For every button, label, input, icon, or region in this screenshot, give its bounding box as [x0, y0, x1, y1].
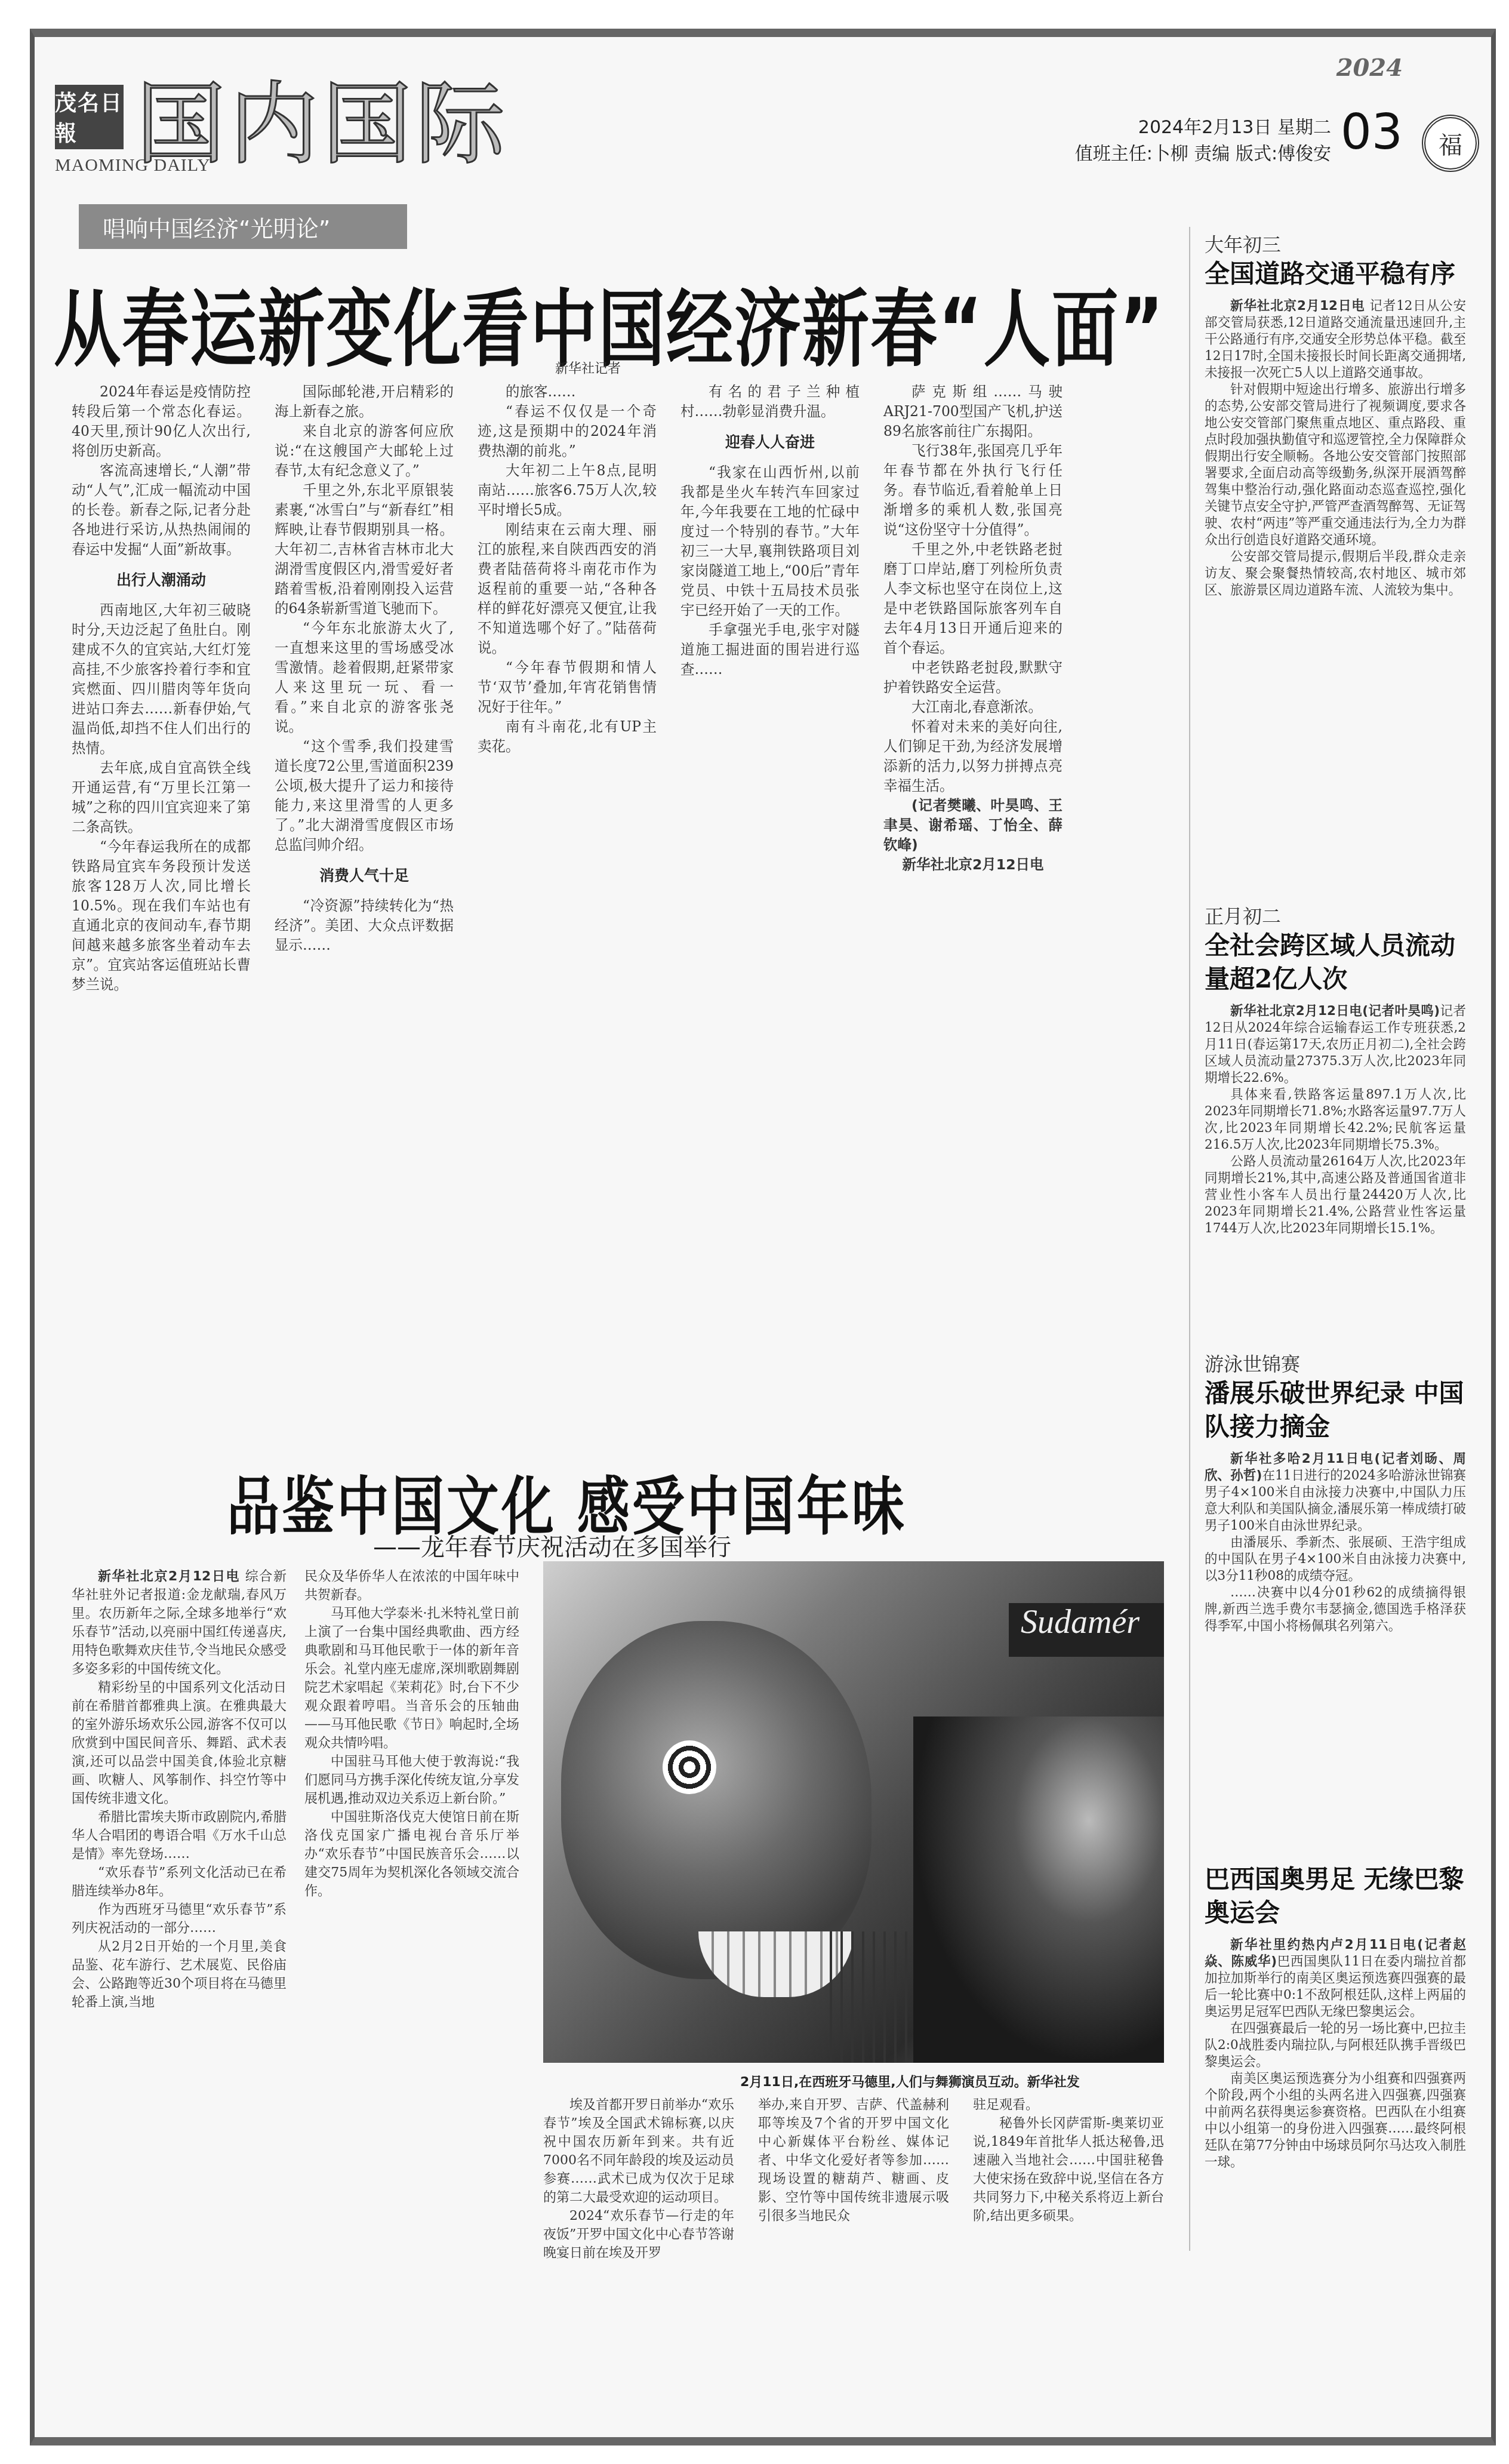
paper-logo[interactable]: 茂名日報 [55, 85, 124, 149]
second-column-4: 举办,来自开罗、吉萨、代盖赫利耶等埃及7个省的开罗中国文化中心新媒体平台粉丝、媒… [758, 2096, 949, 2225]
paragraph: 精彩纷呈的中国系列文化活动日前在希腊首都雅典上演。在雅典最大的室外游乐场欢乐公园… [72, 1678, 287, 1808]
second-column-2: 民众及华侨华人在浓浓的中国年味中共贺新春。 马耳他大学泰米·扎米特礼堂日前上演了… [304, 1567, 519, 1900]
paragraph: 西南地区,大年初三破晓时分,天边泛起了鱼肚白。刚建成不久的宜宾站,大红灯笼高挂,… [72, 601, 251, 758]
second-column-3: 埃及首都开罗日前举办“欢乐春节”埃及全国武术锦标赛,以庆祝中国农历新年到来。共有… [543, 2096, 734, 2262]
paragraph: 国际邮轮港,开启精彩的海上新春之旅。 [275, 382, 454, 422]
paragraph: “这个雪季,我们投建雪道长度72公里,雪道面积239公顷,极大提升了运力和接待能… [275, 737, 454, 855]
editor-credits: 值班主任:卜柳 责编 版式:傅俊安 [1075, 141, 1331, 167]
subhead: 出行人潮涌动 [72, 570, 251, 590]
photo-caption: 2月11日,在西班牙马德里,人们与舞狮演员互动。新华社发 [740, 2072, 1080, 2090]
paragraph: 具体来看,铁路客运量897.1万人次,比2023年同期增长71.8%;水路客运量… [1205, 1087, 1466, 1153]
page-number: 03 [1341, 104, 1403, 161]
paragraph: 民众及华侨华人在浓浓的中国年味中共贺新春。 [304, 1567, 519, 1604]
subhead: 迎春人人奋进 [680, 432, 860, 452]
paragraph: 针对假期中短途出行增多、旅游出行增多的态势,公安部交管局进行了视频调度,要求各地… [1205, 382, 1466, 549]
sidebar-article-traffic: 大年初三 全国道路交通平稳有序 新华社北京2月12日电 记者12日从公安部交管局… [1205, 230, 1466, 599]
lead-column-4: 有名的君子兰种植村……勃彰显消费升温。 迎春人人奋进 “我家在山西忻州,以前我都… [680, 382, 860, 679]
paragraph: 去年底,成自宜高铁全线开通运营,有“万里长江第一城”之称的四川宜宾迎来了第二条高… [72, 758, 251, 837]
article-headline[interactable]: 全社会跨区域人员流动量超2亿人次 [1205, 929, 1466, 996]
paragraph: “今年东北旅游太火了,一直想来这里的雪场感受冰雪激情。趁着假期,赶紧带家人来这里… [275, 619, 454, 737]
issue-date: 2024年2月13日 星期二 [1075, 115, 1331, 141]
paragraph: 中国驻马耳他大使于敦海说:“我们愿同马方携手深化传统友谊,分享发展机遇,推动双边… [304, 1752, 519, 1808]
paragraph: 驻足观看。 [973, 2096, 1164, 2114]
masthead: 茂名日報 MAOMING DAILY 国内国际 2024 2024年2月13日 … [30, 37, 1486, 180]
lead-column-3: 的旅客…… “春运不仅仅是一个奇迹,这是预期中的2024年消费热潮的前兆。” 大… [478, 382, 657, 756]
paragraph: 2024“欢乐春节—行走的年夜饭”开罗中国文化中心春节答谢晚宴日前在埃及开罗 [543, 2207, 734, 2262]
paragraph: 来自北京的游客何应欣说:“在这艘国产大邮轮上过春节,太有纪念意义了。” [275, 422, 454, 481]
lion-dance-photo[interactable]: Sudamér [543, 1561, 1164, 2063]
paragraph: 大年初二上午8点,昆明南站……旅客6.75万人次,较平时增长5成。 [478, 461, 657, 520]
paragraph: 千里之外,中老铁路老挝磨丁口岸站,磨丁列检所负责人李文标也坚守在岗位上,这是中老… [883, 540, 1063, 658]
sidebar-article-flow: 正月初二 全社会跨区域人员流动量超2亿人次 新华社北京2月12日电(记者叶昊鸣)… [1205, 902, 1466, 1237]
paragraph: “春运不仅仅是一个奇迹,这是预期中的2024年消费热潮的前兆。” [478, 402, 657, 461]
sidebar-article-swimming: 游泳世锦赛 潘展乐破世界纪录 中国队接力摘金 新华社多哈2月11日电(记者刘旸、… [1205, 1349, 1466, 1635]
paragraph: 在四强赛最后一轮的另一场比赛中,巴拉圭队2:0战胜委内瑞拉队,与阿根廷队携手晋级… [1205, 2020, 1466, 2071]
paragraph: 希腊比雷埃夫斯市政剧院内,希腊华人合唱团的粤语合唱《万水千山总是情》率先登场…… [72, 1808, 287, 1863]
paragraph: 举办,来自开罗、吉萨、代盖赫利耶等埃及7个省的开罗中国文化中心新媒体平台粉丝、媒… [758, 2096, 949, 2225]
paragraph: 怀着对未来的美好向往,人们铆足干劲,为经济发展增添新的活力,以努力拼搏点亮幸福生… [883, 717, 1063, 796]
dateline: 新华社北京2月12日电 [1230, 299, 1365, 313]
paragraph: “我家在山西忻州,以前我都是坐火车转汽车回家过年,今年我要在工地的忙碌中度过一个… [680, 463, 860, 620]
dateline: 新华社北京2月12日电 [883, 855, 1063, 875]
crowd-shape [913, 1717, 1164, 2063]
paragraph: 马耳他大学泰米·扎米特礼堂日前上演了一台集中国经典歌曲、西方经典歌剧和马耳他民歌… [304, 1604, 519, 1752]
lead-column-1: 2024年春运是疫情防控转段后第一个常态化春运。40天里,预计90亿人次出行,将… [72, 382, 251, 995]
article-headline[interactable]: 潘展乐破世界纪录 中国队接力摘金 [1205, 1377, 1466, 1444]
paragraph: ……决赛中以4分01秒62的成绩摘得银牌,新西兰选手费尔韦瑟摘金,德国选手格泽获… [1205, 1585, 1466, 1635]
paragraph: 客流高速增长,“人潮”带动“人气”,汇成一幅流动中国的长卷。新春之际,记者分赴各… [72, 461, 251, 559]
paragraph: 飞行38年,张国亮几乎年年春节都在外执行飞行任务。春节临近,看着舱单上日渐增多的… [883, 441, 1063, 540]
paragraph: 埃及首都开罗日前举办“欢乐春节”埃及全国武术锦标赛,以庆祝中国农历新年到来。共有… [543, 2096, 734, 2207]
column-divider [1189, 227, 1190, 2251]
article-kicker: 正月初二 [1205, 902, 1466, 929]
subhead: 消费人气十足 [275, 866, 454, 885]
paragraph: 千里之外,东北平原银装素裹,“冰雪白”与“新春红”相辉映,让春节假期别具一格。大… [275, 481, 454, 619]
lion-head-shape [561, 1621, 871, 1979]
lead-byline: 新华社记者 [555, 358, 621, 377]
paragraph: 由潘展乐、季新杰、张展硕、王浩宇组成的中国队在男子4×100米自由泳接力决赛中,… [1205, 1534, 1466, 1585]
paragraph: 综合新华社驻外记者报道:金龙献瑞,春风万里。农历新年之际,全球多地举行“欢乐春节… [72, 1569, 287, 1676]
paragraph: 作为西班牙马德里“欢乐春节”系列庆祝活动的一部分…… [72, 1900, 287, 1937]
paragraph: 公路人员流动量26164万人次,比2023年同期增长21%,其中,高速公路及普通… [1205, 1153, 1466, 1237]
paragraph: “今年春节假期和情人节‘双节’叠加,年宵花销售情况好于往年。” [478, 658, 657, 717]
paragraph: “今年春运我所在的成都铁路局宜宾车务段预计发送旅客128万人次,同比增长10.5… [72, 837, 251, 995]
paragraph: “冷资源”持续转化为“热经济”。美团、大众点评数据显示…… [275, 896, 454, 955]
paragraph: 萨克斯组……马驶ARJ21-700型国产飞机,护送89名旅客前往广东揭阳。 [883, 382, 1063, 441]
lead-column-5: 萨克斯组……马驶ARJ21-700型国产飞机,护送89名旅客前往广东揭阳。 飞行… [883, 382, 1063, 875]
section-title: 国内国际 [136, 74, 509, 176]
paragraph: 2024年春运是疫情防控转段后第一个常态化春运。40天里,预计90亿人次出行,将… [72, 382, 251, 461]
dateline: 新华社北京2月12日电 [98, 1569, 240, 1584]
paragraph: 秘鲁外长冈萨雷斯-奥莱切亚说,1849年首批华人抵达秘鲁,迅速融入当地社会……中… [973, 2114, 1164, 2225]
second-subtitle: ——龙年春节庆祝活动在多国举行 [373, 1528, 731, 1562]
lead-column-2: 国际邮轮港,开启精彩的海上新春之旅。 来自北京的游客何应欣说:“在这艘国产大邮轮… [275, 382, 454, 955]
paragraph: 的旅客…… [478, 382, 657, 402]
paragraph: 中老铁路老挝段,默默守护着铁路安全运营。 [883, 658, 1063, 697]
dragon-year-badge: 2024 [1336, 54, 1403, 82]
shop-sign: Sudamér [1009, 1603, 1164, 1657]
paragraph: 从2月2日开始的一个月里,美食品鉴、花车游行、艺术展览、民俗庙会、公路跑等近30… [72, 1937, 287, 2011]
article-headline[interactable]: 巴西国奥男足 无缘巴黎奥运会 [1205, 1863, 1466, 1930]
paragraph: 刚结束在云南大理、丽江的旅程,来自陕西西安的消费者陆蓓荷将斗南花市作为返程前的重… [478, 520, 657, 658]
fu-knot-icon: 福 [1422, 115, 1479, 172]
column-kicker: 唱响中国经济“光明论” [79, 204, 407, 249]
paragraph: 南美区奥运预选赛分为小组赛和四强赛两个阶段,两个小组的头两名进入四强赛,四强赛中… [1205, 2071, 1466, 2171]
paragraph: 中国驻斯洛伐克大使馆日前在斯洛伐克国家广播电视台音乐厅举办“欢乐春节”中国民族音… [304, 1808, 519, 1900]
paragraph: 有名的君子兰种植村……勃彰显消费升温。 [680, 382, 860, 422]
sidebar-article-football: 巴西国奥男足 无缘巴黎奥运会 新华社里约热内卢2月11日电(记者赵焱、陈威华)巴… [1205, 1863, 1466, 2171]
article-kicker: 游泳世锦赛 [1205, 1349, 1466, 1377]
issue-info: 2024年2月13日 星期二 值班主任:卜柳 责编 版式:傅俊安 [1075, 115, 1331, 167]
lion-eye-shape [663, 1740, 716, 1794]
paragraph: 公安部交管局提示,假期后半段,群众走亲访友、聚会聚餐热情较高,农村地区、城市郊区… [1205, 549, 1466, 599]
reporter-credit: (记者樊曦、叶昊鸣、王聿昊、谢希瑶、丁怡全、薛钦峰) [883, 796, 1063, 855]
article-headline[interactable]: 全国道路交通平稳有序 [1205, 257, 1466, 291]
second-column-1: 新华社北京2月12日电 综合新华社驻外记者报道:金龙献瑞,春风万里。农历新年之际… [72, 1567, 287, 2011]
paragraph: 手拿强光手电,张宇对隧道施工掘进面的围岩进行巡查…… [680, 620, 860, 679]
paragraph: “欢乐春节”系列文化活动已在希腊连续举办8年。 [72, 1863, 287, 1900]
paragraph: 大江南北,春意渐浓。 [883, 697, 1063, 717]
article-kicker: 大年初三 [1205, 230, 1466, 257]
second-column-5: 驻足观看。 秘鲁外长冈萨雷斯-奥莱切亚说,1849年首批华人抵达秘鲁,迅速融入当… [973, 2096, 1164, 2225]
dateline: 新华社北京2月12日电(记者叶昊鸣) [1230, 1004, 1440, 1019]
paragraph: 南有斗南花,北有UP主卖花。 [478, 717, 657, 756]
